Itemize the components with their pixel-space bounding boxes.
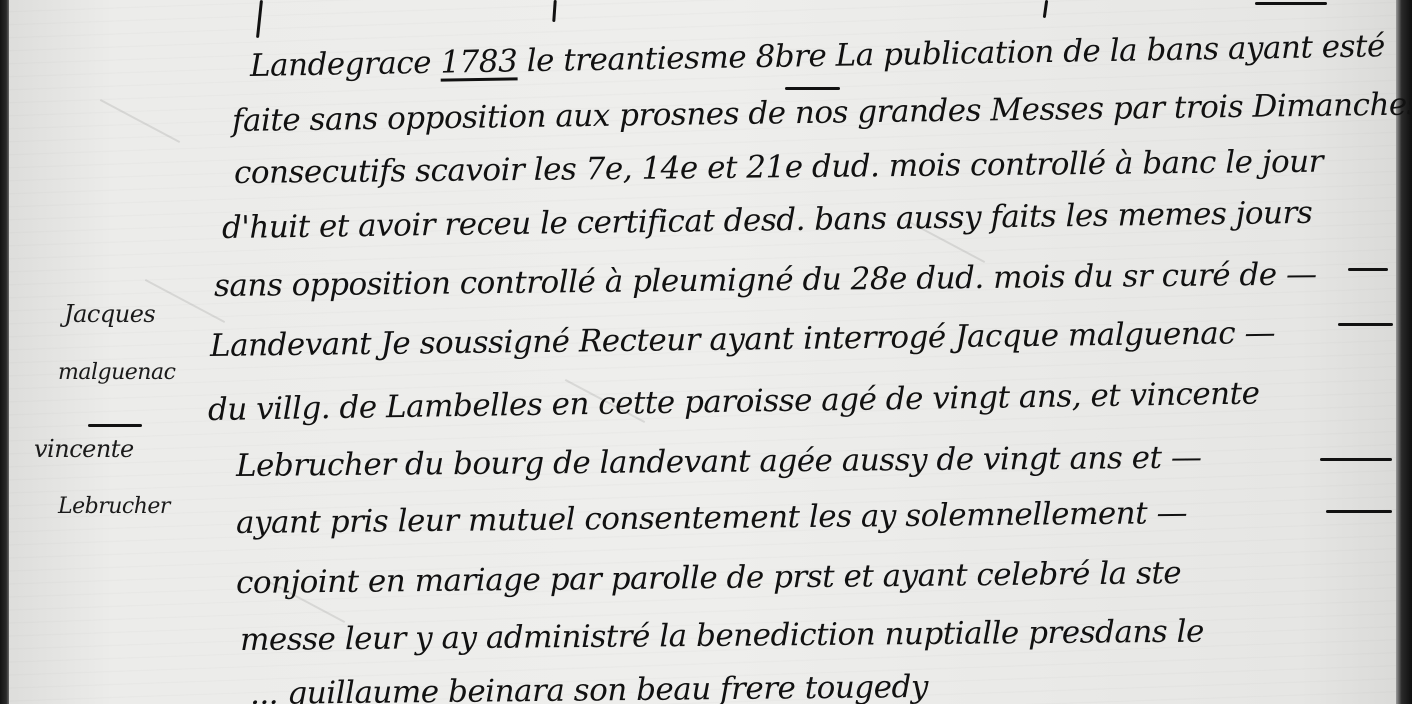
entry-line-3: consecutifs scavoir les 7e, 14e et 21e d… — [234, 144, 1323, 191]
previous-entry-stroke — [552, 0, 557, 22]
previous-entry-stroke — [1043, 0, 1048, 18]
register-page: Jacques malguenac vincente Lebrucher Lan… — [0, 0, 1412, 704]
entry-line-1: Landegrace 1783 le treantiesme 8bre La p… — [250, 28, 1385, 84]
entry-line-5: sans opposition controllé à pleumigné du… — [214, 256, 1317, 304]
entry-line-7: du villg. de Lambelles en cette paroisse… — [208, 375, 1260, 428]
month-underline — [785, 87, 840, 90]
entry-line-11: messe leur y ay administré la benedictio… — [240, 614, 1204, 658]
entry-line-6: Landevant Je soussigné Recteur ayant int… — [210, 315, 1275, 364]
entry-line-2: faite sans opposition aux prosnes de nos… — [232, 86, 1412, 139]
previous-entry-stroke — [256, 0, 263, 38]
margin-groom-last-name: malguenac — [58, 360, 175, 385]
entry-year: 1783 — [440, 43, 518, 80]
previous-entry-rule — [1255, 2, 1327, 5]
binding-left-edge — [0, 0, 9, 704]
entry-line-9: ayant pris leur mutuel consentement les … — [236, 495, 1187, 541]
entry-line-10: conjoint en mariage par parolle de prst … — [236, 555, 1182, 601]
margin-separator — [88, 424, 142, 427]
entry-place: Landegrace — [250, 45, 441, 84]
entry-line-4: d'huit et avoir receu le certificat desd… — [222, 195, 1313, 246]
line-fill-dash — [1348, 268, 1388, 271]
line-fill-dash — [1326, 510, 1392, 513]
margin-bride-first-name: vincente — [34, 435, 134, 463]
margin-bride-last-name: Lebrucher — [58, 494, 170, 519]
entry-line-12-partial: ... guillaume beinara son beau frere tou… — [250, 669, 928, 704]
entry-line-8: Lebrucher du bourg de landevant agée aus… — [236, 440, 1202, 484]
line-fill-dash — [1320, 458, 1392, 461]
entry-line-1-text: le treantiesme 8bre La publication de la… — [517, 28, 1385, 79]
bleed-through-mark — [100, 99, 180, 143]
line-fill-dash — [1338, 323, 1393, 326]
margin-groom-first-name: Jacques — [64, 300, 155, 328]
